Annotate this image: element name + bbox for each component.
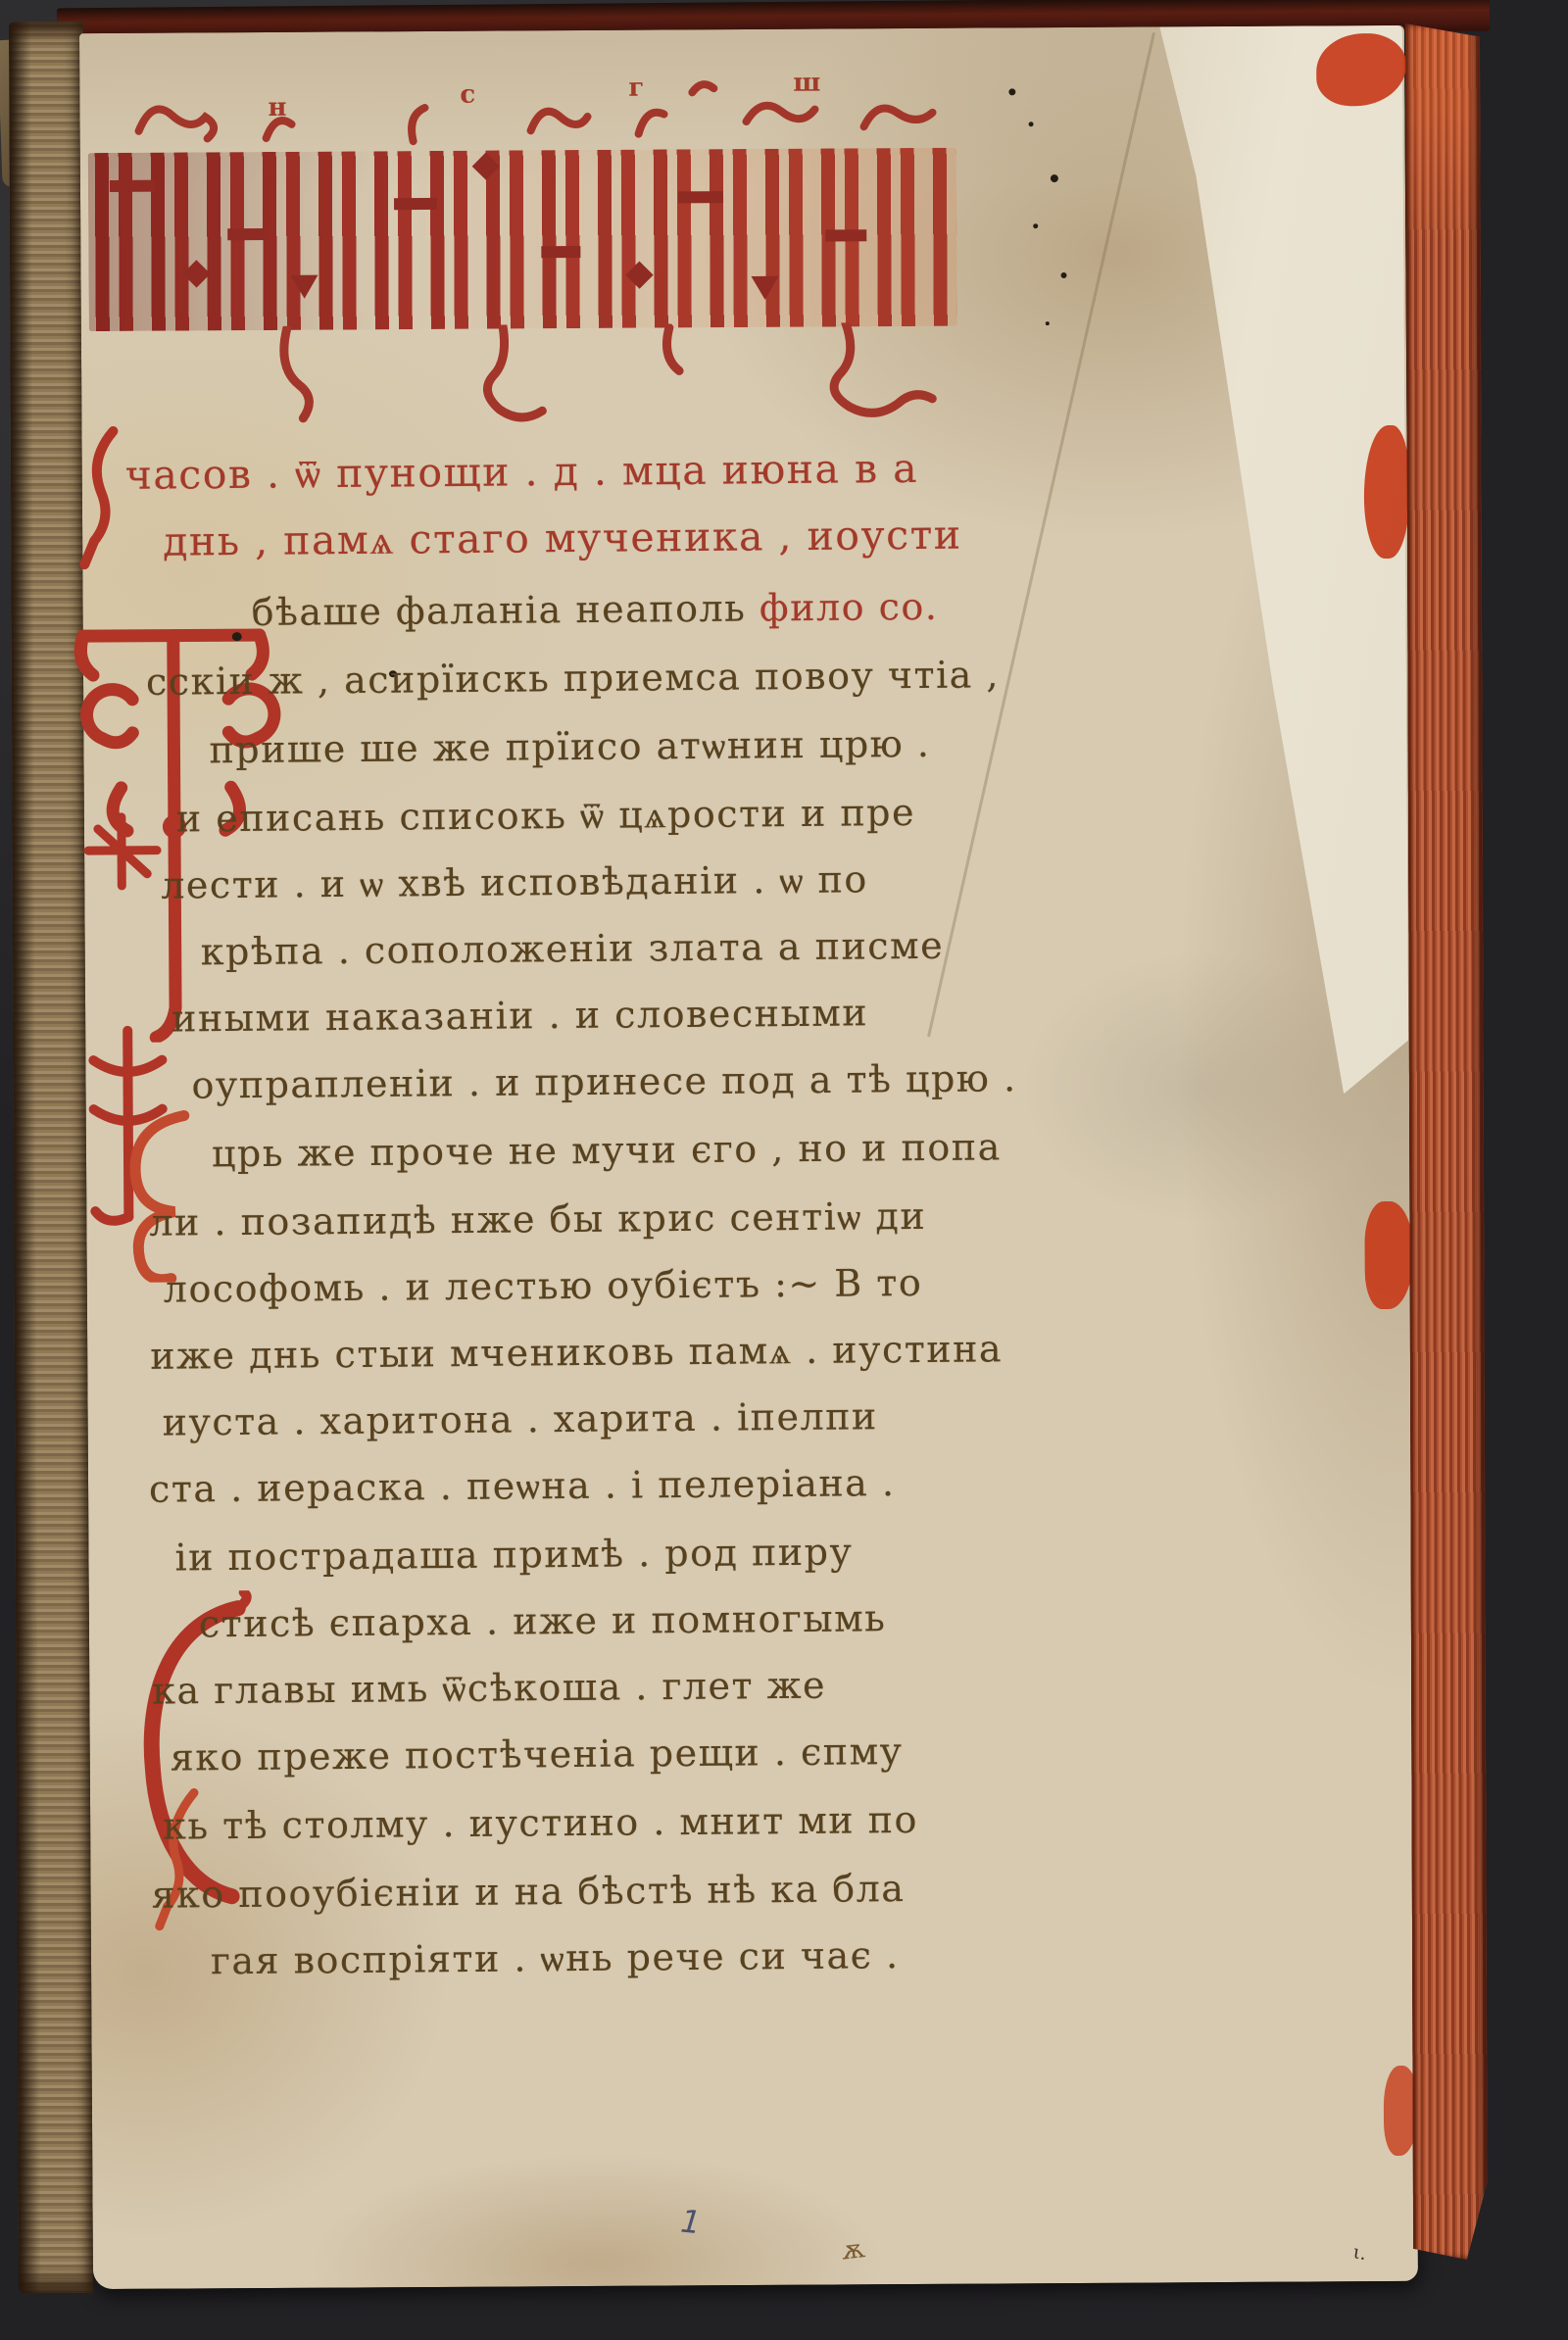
vyaz-detail	[678, 191, 723, 203]
body-text: иуста . харитона . харита . іпелпи	[162, 1394, 878, 1443]
body-text: сскіи ж , асирїискь приемса повоу чтіа ,	[146, 653, 1000, 704]
body-text: ста . иераска . пеѡна . і пелеріана .	[149, 1461, 896, 1511]
body-text: ка главы имь ѿсѣкоша . глет же	[152, 1664, 826, 1713]
ink-speck	[232, 632, 242, 641]
rubric-text: фило со.	[759, 585, 939, 630]
bottom-ink-mark: ѫ	[840, 2234, 866, 2266]
manuscript-line: прише ше же прїисо атѡнин црю .	[209, 725, 930, 768]
body-text: стисѣ єпарха . иже и помногымь	[199, 1596, 887, 1645]
vyaz-detail	[541, 246, 580, 258]
rubric-text: днь , памѧ стаго мученика , иоусти	[163, 512, 962, 565]
vyaz-detail	[394, 198, 437, 210]
bottom-right-mark: ι.	[1351, 2241, 1368, 2265]
manuscript-line: сскіи ж , асирїискь приемса повоу чтіа ,	[146, 656, 1000, 701]
manuscript-line: иными наказаніи . и словесными	[171, 994, 868, 1037]
manuscript-line: оупрапленіи . и принесе под а тѣ црю .	[191, 1059, 1016, 1103]
manuscript-line: ка главы имь ѿсѣкоша . глет же	[152, 1667, 826, 1710]
body-text: прише ше же прїисо атѡнин црю .	[209, 722, 930, 771]
margin-curl-initial	[116, 1105, 205, 1283]
body-text: бѣаше фаланіа неаполь	[251, 586, 759, 634]
photo-backdrop: н с г ш	[0, 0, 1568, 2340]
ink-speck	[1033, 223, 1038, 228]
fore-edge-red-painted	[1405, 24, 1488, 2260]
manuscript-line: иже днь стыи мчениковь памѧ . иустина	[150, 1330, 1003, 1375]
manuscript-line: бѣаше фаланіа неаполь фило со.	[251, 588, 938, 631]
vyaz-triangle	[752, 276, 779, 300]
manuscript-line: днь , памѧ стаго мученика , иоусти	[163, 515, 962, 562]
vyaz-detail	[110, 180, 155, 192]
manuscript-line: стисѣ єпарха . иже и помногымь	[199, 1599, 887, 1642]
manuscript-line: лософомь . и лестью оубієтъ :~ В то	[164, 1264, 923, 1308]
pencil-folio-number: 1	[679, 2202, 703, 2241]
headpiece-superscript: с	[460, 80, 475, 110]
body-text: крѣпа . соположеніи злата а писме	[201, 924, 945, 974]
manuscript-line: іи пострадаша примѣ . род пиру	[174, 1533, 853, 1576]
manuscript-line: яко пооубієніи и на бѣстѣ нѣ ка бла	[151, 1870, 905, 1914]
ink-speck	[1029, 122, 1034, 126]
body-text: иными наказаніи . и словесными	[171, 991, 868, 1040]
headpiece-superscript: г	[628, 73, 644, 103]
margin-cross-mark	[78, 807, 168, 897]
manuscript-line: ли . позапидѣ нже бы крис сентіѡ ди	[149, 1197, 926, 1242]
rubric-text: часов . ѿ пунощи . д . мца июна в а	[125, 445, 919, 499]
manuscript-line: иуста . харитона . харита . іпелпи	[162, 1397, 877, 1440]
manuscript-line: лести . и ѡ хвѣ исповѣданіи . ѡ по	[161, 860, 868, 903]
manuscript-line: црь же проче не мучи єго , но и попа	[212, 1128, 1002, 1172]
body-text: лософомь . и лестью оубієтъ :~ В то	[164, 1261, 923, 1311]
body-text: и еписань списокь ѿ цѧрости и пре	[176, 791, 916, 841]
manuscript-line: и еписань списокь ѿ цѧрости и пре	[176, 794, 915, 838]
vyaz-detail	[227, 228, 267, 240]
headpiece-superscript: ш	[793, 69, 820, 98]
manuscript-page: н с г ш	[79, 25, 1418, 2289]
ink-speck	[1051, 174, 1058, 182]
headpiece-ornament-row	[119, 70, 982, 159]
vyaz-detail	[825, 229, 866, 241]
vyaz-descenders	[258, 321, 1004, 454]
ink-speck	[1060, 272, 1066, 278]
body-text: яко преже постѣченіа рещи . єпму	[171, 1730, 904, 1779]
manuscript-line: часов . ѿ пунощи . д . мца июна в а	[125, 449, 919, 496]
vyaz-triangle	[290, 275, 318, 299]
body-text: иже днь стыи мчениковь памѧ . иустина	[150, 1327, 1003, 1378]
body-text: оупрапленіи . и принесе под а тѣ црю .	[191, 1056, 1016, 1106]
red-paint-blob	[1364, 1201, 1414, 1309]
manuscript-line: крѣпа . соположеніи злата а писме	[201, 927, 945, 971]
manuscript-line: кь тѣ столму . иустино . мнит ми по	[163, 1801, 918, 1845]
body-text: іи пострадаша примѣ . род пиру	[174, 1530, 853, 1579]
headpiece-superscript: н	[268, 93, 286, 122]
red-paint-blob	[1363, 425, 1409, 559]
manuscript-line: ста . иераска . пеѡна . і пелеріана .	[149, 1464, 896, 1508]
body-text: лести . и ѡ хвѣ исповѣданіи . ѡ по	[161, 857, 868, 906]
manuscript-line: яко преже постѣченіа рещи . єпму	[171, 1732, 904, 1777]
ink-speck	[1046, 321, 1050, 325]
manuscript-line: гая воспріяти . ѡнь рече си чає .	[211, 1936, 900, 1979]
ink-speck	[1008, 88, 1015, 95]
body-text: ли . позапидѣ нже бы крис сентіѡ ди	[149, 1194, 926, 1244]
margin-flourish	[73, 425, 143, 572]
torn-corner-repair-patch	[1106, 25, 1409, 1096]
body-text: кь тѣ столму . иустино . мнит ми по	[163, 1798, 918, 1848]
body-text: гая воспріяти . ѡнь рече си чає .	[211, 1933, 900, 1982]
body-text: яко пооубієніи и на бѣстѣ нѣ ка бла	[151, 1867, 905, 1917]
body-text: црь же проче не мучи єго , но и попа	[212, 1125, 1002, 1175]
